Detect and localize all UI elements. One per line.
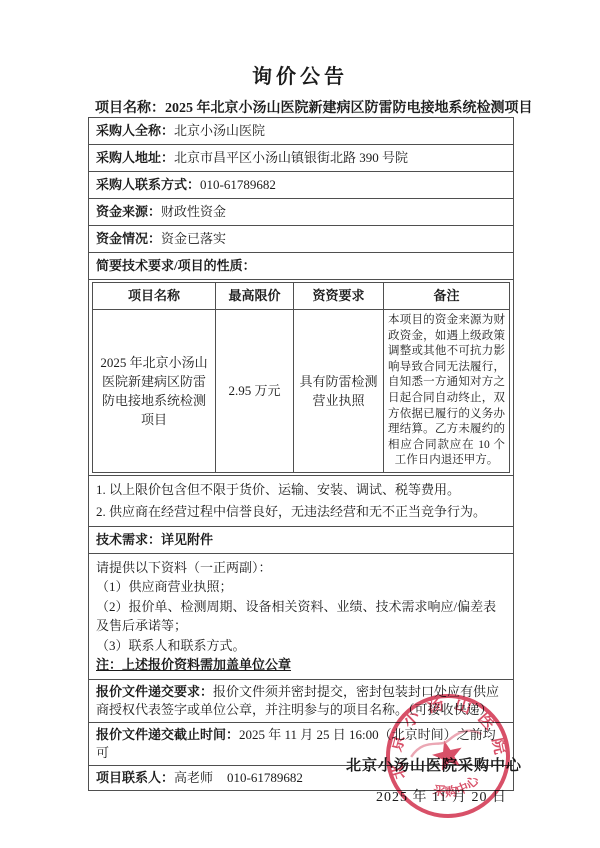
row-value: 财政性资金 [161, 204, 226, 219]
row-value: 北京市昌平区小汤山镇银街北路 390 号院 [174, 150, 408, 165]
row-label: 采购人全称： [96, 123, 174, 138]
remark-text: 本项目的资金来源为财政资金，如遇上级政策调整或其他不可抗力影响导致合同无法履行，… [388, 313, 505, 469]
row-label: 项目联系人： [96, 770, 174, 785]
cell-qualification: 具有防雷检测营业执照 [293, 310, 383, 472]
table-row-tech-requirements-header: 简要技术要求/项目的性质： [89, 252, 513, 279]
materials-item-2: （2）报价单、检测周期、设备相关资料、业绩、技术需求响应/偏差表及售后承诺等； [96, 597, 506, 636]
materials-item-3: （3）联系人和联系方式。 [96, 636, 506, 656]
table-row-tech-demand: 技术需求：详见附件 [89, 526, 513, 553]
row-label: 采购人联系方式： [96, 177, 200, 192]
table-row-purchaser-name: 采购人全称：北京小汤山医院 [89, 118, 513, 144]
column-header-qualification: 资资要求 [293, 283, 383, 309]
row-label: 简要技术要求/项目的性质： [96, 258, 256, 273]
table-row-fund-status: 资金情况：资金已落实 [89, 225, 513, 252]
materials-item-1: （1）供应商营业执照； [96, 577, 506, 597]
row-label: 报价文件递交截止时间： [96, 727, 239, 742]
project-name-line: 项目名称：2025 年北京小汤山医院新建病区防雷防电接地系统检测项目 [95, 99, 535, 118]
table-row-purchaser-phone: 采购人联系方式：010-61789682 [89, 171, 513, 198]
materials-stamp-note: 注：上述报价资料需加盖单位公章 [96, 655, 506, 675]
cell-max-price: 2.95 万元 [215, 310, 293, 472]
row-label: 报价文件递交要求： [96, 684, 213, 699]
row-label: 技术需求： [96, 532, 161, 547]
row-label: 采购人地址： [96, 150, 174, 165]
contact-phone: 010-61789682 [227, 770, 303, 785]
row-label: 资金来源： [96, 204, 161, 219]
row-value: 010-61789682 [200, 177, 276, 192]
row-value: 详见附件 [161, 532, 213, 547]
column-header-max-price: 最高限价 [215, 283, 293, 309]
quote-table-wrapper: 项目名称 最高限价 资资要求 备注 2025 年北京小汤山医院新建病区防雷防电接… [89, 279, 513, 475]
cell-remark: 本项目的资金来源为财政资金，如遇上级政策调整或其他不可抗力影响导致合同无法履行，… [383, 310, 509, 472]
row-value: 北京小汤山医院 [174, 123, 265, 138]
column-header-remark: 备注 [383, 283, 509, 309]
column-header-project: 项目名称 [93, 283, 215, 309]
row-value: 资金已落实 [161, 231, 226, 246]
note-line-1: 1. 以上限价包含但不限于货价、运输、安装、调试、税等费用。 [96, 479, 506, 501]
seal-bottom-text: 采购中心 [428, 770, 484, 804]
quote-table: 项目名称 最高限价 资资要求 备注 2025 年北京小汤山医院新建病区防雷防电接… [92, 282, 510, 473]
page-title: 询价公告 [0, 0, 600, 89]
row-label: 资金情况： [96, 231, 161, 246]
table-row-required-materials: 请提供以下资料（一正两副）： （1）供应商营业执照； （2）报价单、检测周期、设… [89, 553, 513, 679]
materials-intro: 请提供以下资料（一正两副）： [96, 558, 506, 578]
scanned-announcement-page: 询价公告 项目名称：2025 年北京小汤山医院新建病区防雷防电接地系统检测项目 … [0, 0, 600, 848]
note-line-2: 2. 供应商在经营过程中信誉良好，无违法经营和无不正当竞争行为。 [96, 501, 506, 523]
cell-project-name: 2025 年北京小汤山医院新建病区防雷防电接地系统检测项目 [93, 310, 215, 472]
table-row-purchaser-address: 采购人地址：北京市昌平区小汤山镇银街北路 390 号院 [89, 144, 513, 171]
table-row-price-notes: 1. 以上限价包含但不限于货价、运输、安装、调试、税等费用。 2. 供应商在经营… [89, 475, 513, 526]
table-row-fund-source: 资金来源：财政性资金 [89, 198, 513, 225]
contact-name: 高老师 [174, 770, 213, 785]
quote-table-header-row: 项目名称 最高限价 资资要求 备注 [93, 283, 509, 310]
quote-table-data-row: 2025 年北京小汤山医院新建病区防雷防电接地系统检测项目 2.95 万元 具有… [93, 310, 509, 472]
